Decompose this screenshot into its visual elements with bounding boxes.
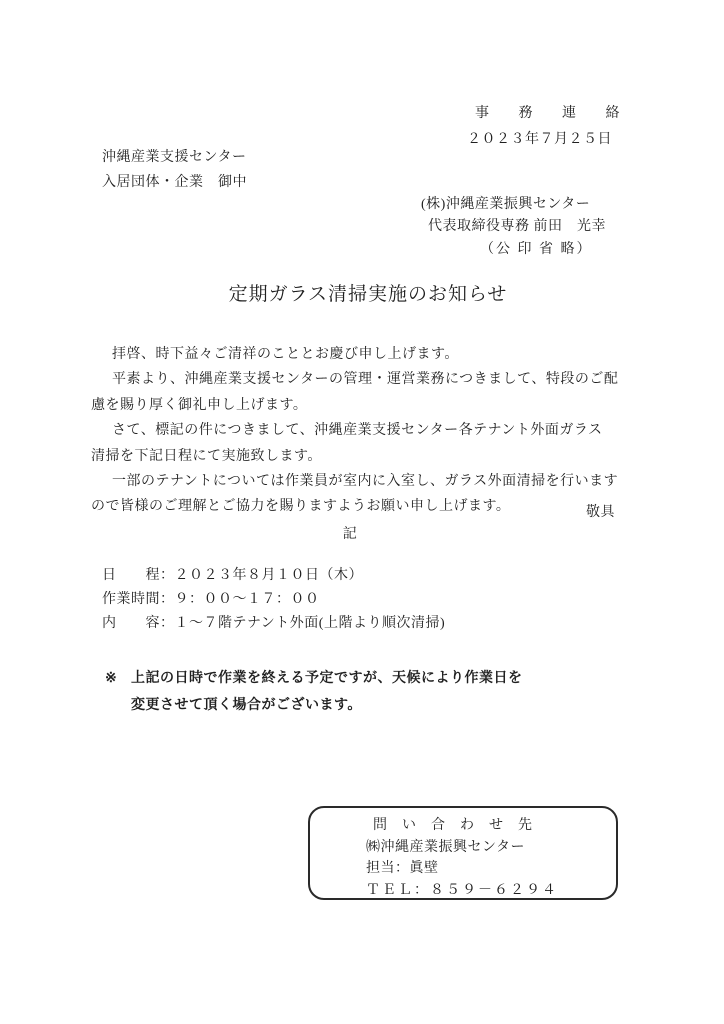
detail-hours: 作業時間：９：００～１７：００ [102,588,445,612]
sender-company: (株)沖縄産業振興センター [421,194,606,216]
contact-person: 担当：眞壁 [366,858,616,880]
seal-omitted-note: （公 印 省 略） [421,239,606,261]
details-block: 日 程：２０２３年８月１０日（木） 作業時間：９：００～１７：００ 内 容：１～… [102,564,445,635]
recipient-block: 沖縄産業支援センター 入居団体・企業 御中 [102,146,247,195]
note-text: 上記の日時で作業を終える予定ですが、天候により作業日を 変更させて頂く場合がござ… [131,666,523,719]
body-line: 清掃を下記日程にて実施致します。 [91,444,636,469]
document-title: 定期ガラス清掃実施のお知らせ [6,279,724,306]
body-line: 拝啓、時下益々ご清祥のこととお慶び申し上げます。 [91,342,636,367]
sender-block: (株)沖縄産業振興センター 代表取締役専務 前田 光幸 （公 印 省 略） [421,194,606,261]
note-line: 変更させて頂く場合がございます。 [131,693,523,720]
note-symbol: ※ [105,666,131,719]
closing-word: 敬具 [586,501,615,521]
body-text: 拝啓、時下益々ご清祥のこととお慶び申し上げます。 平素より、沖縄産業支援センター… [91,342,636,520]
contact-box: 問 い 合 わ せ 先 ㈱沖縄産業振興センター 担当：眞壁 ＴＥＬ：８５９－６２… [308,806,618,900]
doc-type-label: 事 務 連 絡 [475,102,620,122]
body-line: 一部のテナントについては作業員が室内に入室し、ガラス外面清掃を行います [91,469,636,494]
body-line: ので皆様のご理解とご協力を賜りますようお願い申し上げます。 [91,494,636,519]
note-block: ※ 上記の日時で作業を終える予定ですが、天候により作業日を 変更させて頂く場合が… [105,666,523,719]
sender-representative: 代表取締役専務 前田 光幸 [421,216,606,238]
recipient-addressee: 入居団体・企業 御中 [102,171,247,196]
detail-schedule: 日 程：２０２３年８月１０日（木） [102,564,445,588]
body-line: 平素より、沖縄産業支援センターの管理・運営業務につきまして、特段のご配 [91,367,636,392]
doc-date: ２０２３年７月２５日 [467,128,612,148]
contact-company: ㈱沖縄産業振興センター [366,837,616,859]
recipient-organization: 沖縄産業支援センター [102,146,247,171]
contact-tel: ＴＥＬ：８５９－６２９４ [366,880,616,902]
body-line: 慮を賜り厚く御礼申し上げます。 [91,393,636,418]
detail-content: 内 容：１～７階テナント外面(上階より順次清掃) [102,612,445,636]
note-line: 上記の日時で作業を終える予定ですが、天候により作業日を [131,666,523,693]
contact-heading: 問 い 合 わ せ 先 [366,815,616,837]
record-marker: 記 [0,523,712,543]
document-page: 事 務 連 絡 ２０２３年７月２５日 沖縄産業支援センター 入居団体・企業 御中… [0,0,724,1024]
body-line: さて、標記の件につきまして、沖縄産業支援センター各テナント外面ガラス [91,418,636,443]
